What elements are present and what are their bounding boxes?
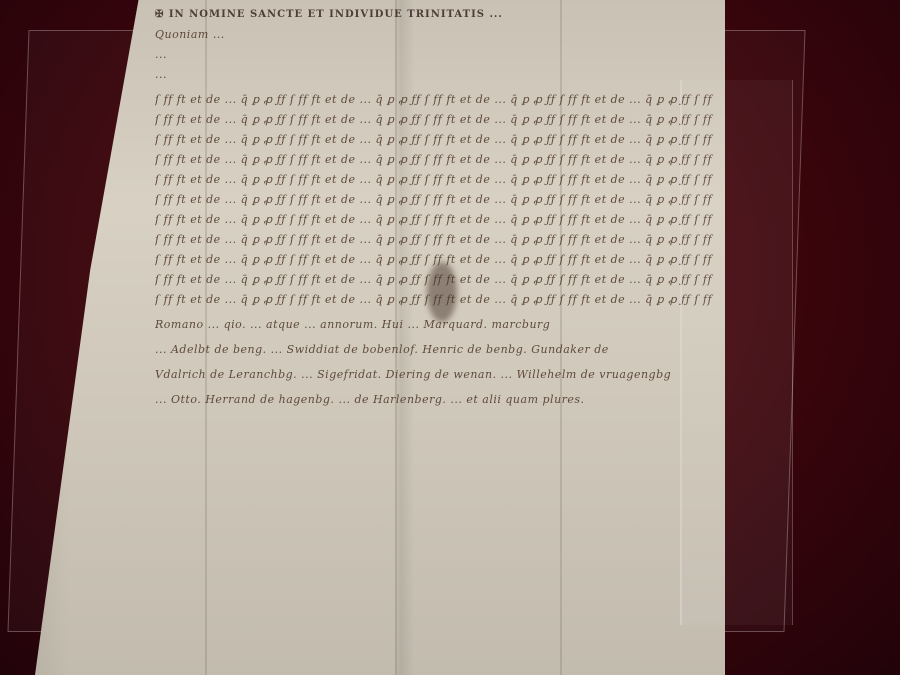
glass-panel-edge xyxy=(680,80,793,625)
text-line: ... Adelbt de beng. ... Swiddiat de bobe… xyxy=(155,343,715,357)
parchment-stain xyxy=(427,262,457,322)
text-line: ſ ff ft et de ... q̄ ꝑ ꝓ ƒƒ ſ ff ft et d… xyxy=(155,213,715,227)
text-line: ſ ff ft et de ... q̄ ꝑ ꝓ ƒƒ ſ ff ft et d… xyxy=(155,153,715,167)
text-line: ſ ff ft et de ... q̄ ꝑ ꝓ ƒƒ ſ ff ft et d… xyxy=(155,93,715,107)
text-line: ſ ff ft et de ... q̄ ꝑ ꝓ ƒƒ ſ ff ft et d… xyxy=(155,193,715,207)
text-line: ſ ff ft et de ... q̄ ꝑ ꝓ ƒƒ ſ ff ft et d… xyxy=(155,173,715,187)
text-line: ſ ff ft et de ... q̄ ꝑ ꝓ ƒƒ ſ ff ft et d… xyxy=(155,233,715,247)
text-line: ... xyxy=(155,68,715,82)
charter-text: ✠ IN NOMINE SANCTE ET INDIVIDUE TRINITAT… xyxy=(155,8,715,413)
text-line: ſ ff ft et de ... q̄ ꝑ ꝓ ƒƒ ſ ff ft et d… xyxy=(155,113,715,127)
text-line: Quoniam ... xyxy=(155,28,715,42)
text-line: ... xyxy=(155,48,715,62)
text-line: Romano ... qio. ... atque ... annorum. H… xyxy=(155,318,715,332)
charter-heading: ✠ IN NOMINE SANCTE ET INDIVIDUE TRINITAT… xyxy=(155,8,715,22)
text-line: ... Otto. Herrand de hagenbg. ... de Har… xyxy=(155,393,715,407)
parchment-charter: ✠ IN NOMINE SANCTE ET INDIVIDUE TRINITAT… xyxy=(35,0,725,675)
text-line: Vdalrich de Leranchbg. ... Sigefridat. D… xyxy=(155,368,715,382)
text-line: ſ ff ft et de ... q̄ ꝑ ꝓ ƒƒ ſ ff ft et d… xyxy=(155,133,715,147)
